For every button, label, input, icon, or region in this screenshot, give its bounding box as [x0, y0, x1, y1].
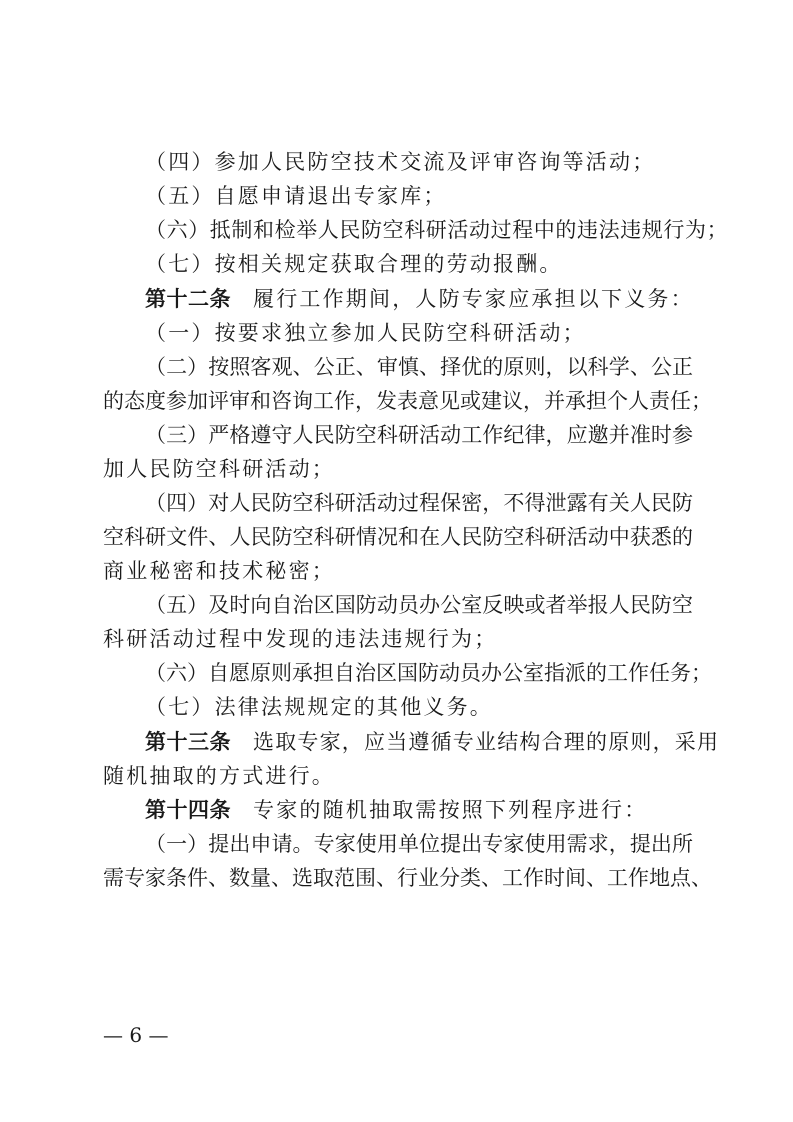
text-line: （三）严格遵守人民防空科研活动工作纪律，应邀并准时参: [145, 420, 693, 450]
document-page: （四）参加人民防空技术交流及评审咨询等活动； （五）自愿申请退出专家库； （六）…: [0, 0, 793, 1122]
text-line: 科研活动过程中发现的违法违规行为；: [103, 624, 693, 654]
text-line: 商业秘密和技术秘密；: [103, 556, 693, 586]
article-text: 选取专家，应当遵循专业结构合理的原则，采用: [253, 730, 719, 754]
article-text: 专家的随机抽取需按照下列程序进行：: [253, 798, 647, 822]
article-number: 第十三条: [145, 730, 231, 754]
text-line: （七）按相关规定获取合理的劳动报酬。: [145, 249, 735, 279]
text-line: （四）参加人民防空技术交流及评审咨询等活动；: [145, 147, 735, 177]
text-line: （五）自愿申请退出专家库；: [145, 181, 735, 211]
text-line: 需专家条件、数量、选取范围、行业分类、工作时间、工作地点、: [103, 863, 693, 893]
text-line: （六）自愿原则承担自治区国防动员办公室指派的工作任务；: [145, 658, 693, 688]
text-line: （五）及时向自治区国防动员办公室反映或者举报人民防空: [145, 590, 693, 620]
page-number: — 6 —: [103, 1020, 168, 1050]
text-line: （一）按要求独立参加人民防空科研活动；: [145, 318, 735, 348]
text-line: （七）法律法规规定的其他义务。: [145, 692, 735, 722]
article-number: 第十二条: [145, 287, 231, 311]
article-paragraph: 第十三条选取专家，应当遵循专业结构合理的原则，采用: [145, 727, 735, 757]
article-paragraph: 第十二条履行工作期间，人防专家应承担以下义务：: [145, 284, 735, 314]
text-line: 空科研文件、人民防空科研情况和在人民防空科研活动中获悉的: [103, 522, 693, 552]
article-number: 第十四条: [145, 798, 231, 822]
text-line: （六）抵制和检举人民防空科研活动过程中的违法违规行为；: [145, 215, 735, 245]
text-line: （二）按照客观、公正、审慎、择优的原则，以科学、公正: [145, 352, 693, 382]
text-line: 加人民防空科研活动；: [103, 454, 693, 484]
text-line: （一）提出申请。专家使用单位提出专家使用需求，提出所: [145, 829, 693, 859]
text-line: （四）对人民防空科研活动过程保密，不得泄露有关人民防: [145, 488, 693, 518]
text-line: 随机抽取的方式进行。: [103, 761, 693, 791]
article-paragraph: 第十四条专家的随机抽取需按照下列程序进行：: [145, 795, 735, 825]
text-line: 的态度参加评审和咨询工作，发表意见或建议，并承担个人责任；: [103, 386, 693, 416]
article-text: 履行工作期间，人防专家应承担以下义务：: [253, 287, 694, 311]
